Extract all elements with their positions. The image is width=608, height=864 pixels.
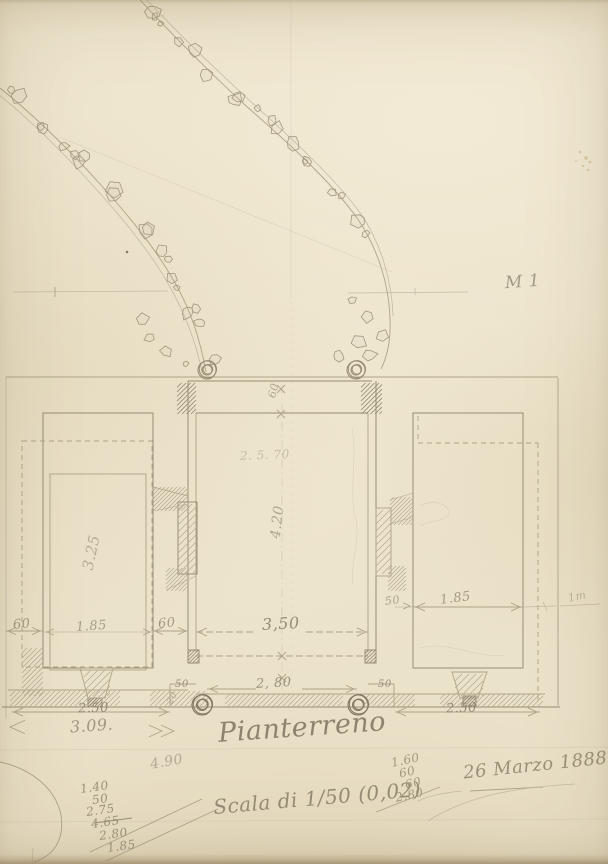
- marker-m1: M 1: [504, 273, 540, 292]
- dim-room-span: 2, 80: [256, 676, 292, 691]
- dim-mid-gap: 60: [157, 616, 176, 630]
- dim-left-base: 2.50: [78, 701, 109, 715]
- dim-pier-right: 50: [378, 680, 392, 690]
- calc-left-line: 1.85: [106, 838, 136, 854]
- paper-top-edge: [0, 0, 608, 4]
- paper-bottom-edge: [0, 854, 608, 864]
- dim-pier-left: 50: [175, 680, 189, 690]
- dim-left-total: 3.09.: [69, 717, 113, 736]
- dim-right-gap: 50: [384, 594, 400, 607]
- note-side: 1m: [567, 589, 587, 604]
- drawing-sheet: M 1 60 2. 5. 70 4.20 3,50 2, 80 3.25 1.8…: [0, 0, 608, 864]
- dim-right-base: 2.50: [446, 701, 477, 715]
- dim-left-offset: 60: [12, 617, 31, 632]
- site-construction-lines: [0, 2, 608, 822]
- dim-room-width: 3,50: [262, 615, 300, 633]
- dim-room-depth: 4.20: [269, 505, 287, 540]
- dim-right-width: 1.85: [439, 590, 471, 607]
- dim-porch-depth: 60: [266, 382, 281, 399]
- dim-left-width: 1.85: [76, 619, 108, 634]
- dim-room-note: 2. 5. 70: [240, 448, 290, 462]
